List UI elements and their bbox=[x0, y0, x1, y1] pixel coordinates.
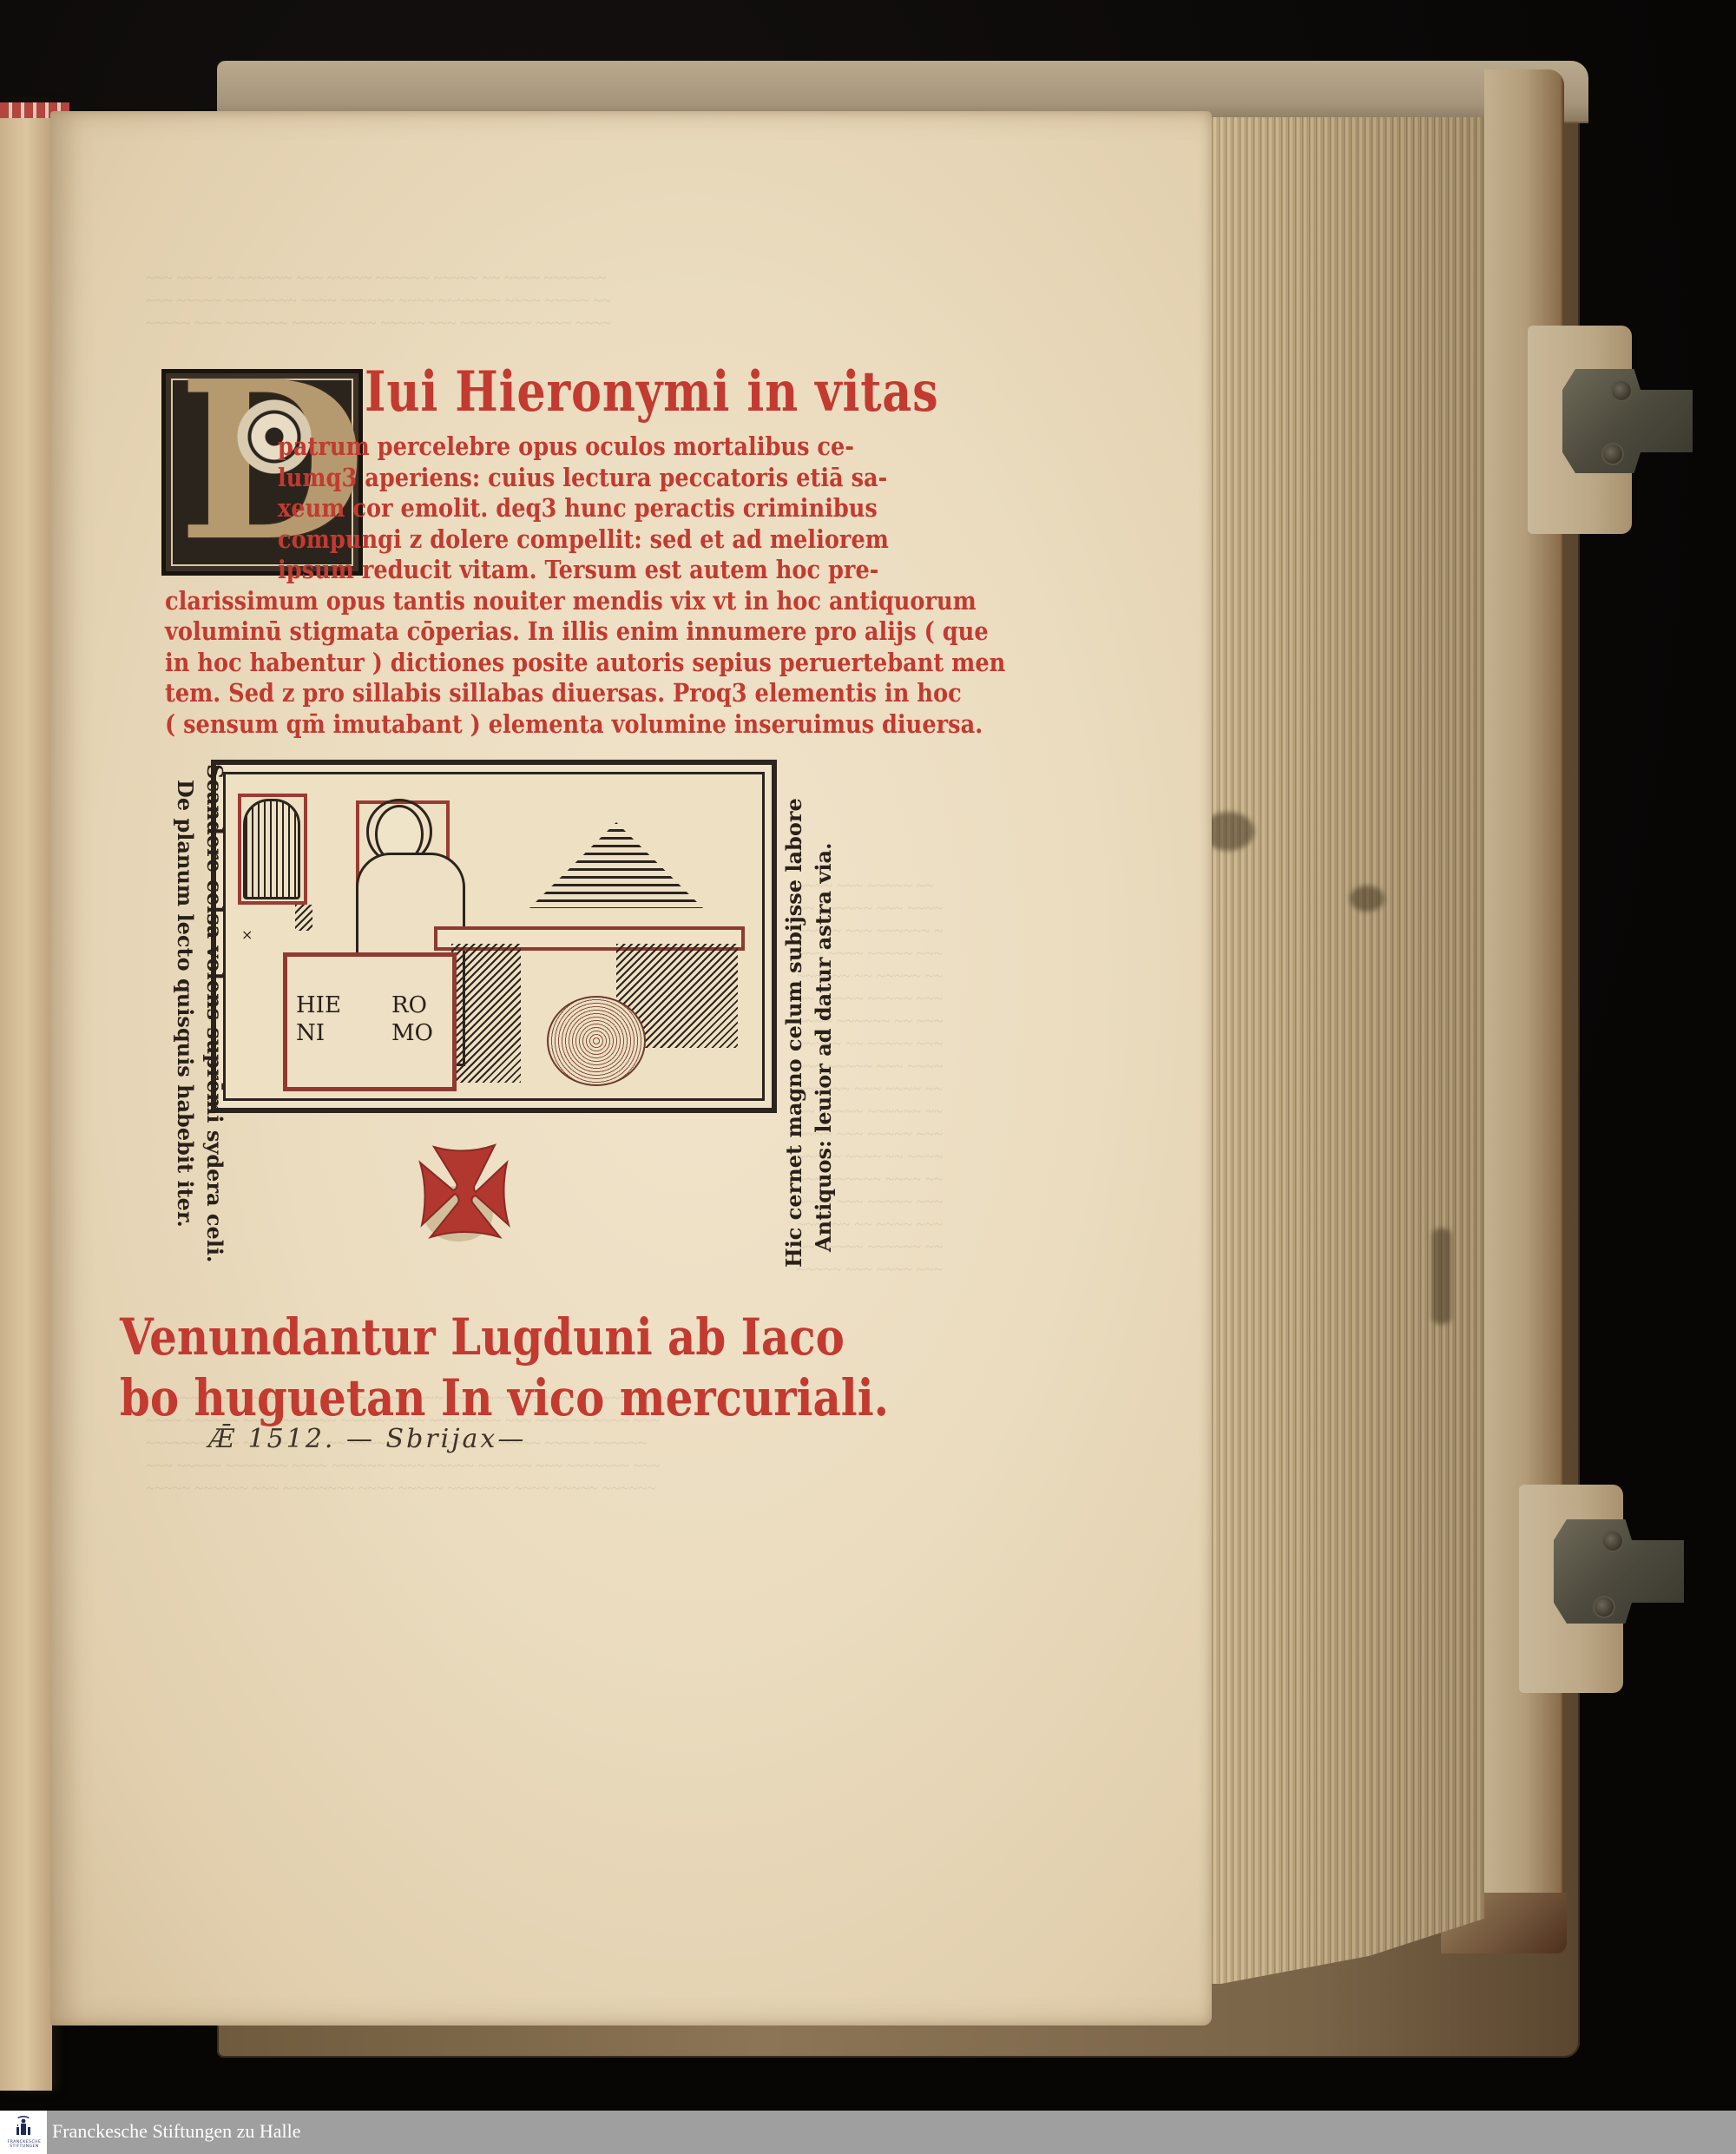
rivet-icon bbox=[1601, 443, 1624, 465]
hatching bbox=[451, 944, 521, 1083]
body-line: compungi z dolere compellit: sed et ad m… bbox=[278, 524, 887, 556]
label-line: MO bbox=[391, 1019, 433, 1047]
bleed-through-text: ~~~ ~~~~ ~~ ~~~~~~ ~~~ ~~~~~ ~~~~~~ ~~~~… bbox=[146, 267, 927, 363]
clasp-metal-plate bbox=[1562, 369, 1693, 473]
verse-line: Antiquos: leuior ad datur astra via. bbox=[809, 781, 838, 1268]
left-page-edge bbox=[0, 102, 52, 2091]
verse-line: Scandere celsa volens suprēmi sydera cel… bbox=[200, 764, 229, 1250]
logo-text-line: STIFTUNGEN bbox=[3, 2144, 46, 2149]
footer-title: Franckesche Stiftungen zu Halle bbox=[52, 2120, 301, 2143]
woodcut-saint-jerome: HIE NI RO MO × bbox=[211, 760, 777, 1113]
institution-logo[interactable]: FRANCKESCHE STIFTUNGEN bbox=[0, 2111, 47, 2154]
body-line: ( sensum qm̄ imutabant ) elementa volumi… bbox=[165, 709, 876, 741]
stain bbox=[1432, 1229, 1451, 1324]
verse-line: Hic cernet magno celum subijsse labore bbox=[779, 781, 809, 1268]
verse-right-vertical: Hic cernet magno celum subijsse labore A… bbox=[779, 781, 849, 1268]
body-line: ipsum reducit vitam. Tersum est autem ho… bbox=[278, 555, 887, 586]
label-line: RO bbox=[391, 991, 433, 1019]
footer-bar: FRANCKESCHE STIFTUNGEN Franckesche Stift… bbox=[0, 2111, 1736, 2154]
rivet-icon bbox=[1601, 1530, 1624, 1552]
title-body-text: patrum percelebre opus oculos mortalibus… bbox=[278, 431, 955, 740]
box-label-left: HIE NI bbox=[296, 991, 341, 1047]
hatching bbox=[295, 905, 312, 931]
label-line: NI bbox=[296, 1019, 341, 1047]
imprint-line: Venundantur Lugduni ab Iaco bbox=[120, 1307, 792, 1367]
body-line: xeum cor emolit. deq3 hunc peractis crim… bbox=[278, 493, 887, 524]
verse-line: De planum lecto quisquis habebit iter. bbox=[170, 764, 200, 1250]
body-line: tem. Sed z pro sillabis sillabas diuersa… bbox=[165, 678, 876, 709]
book-clasp-top bbox=[1528, 326, 1701, 534]
woodcut-frame: HIE NI RO MO × bbox=[223, 772, 765, 1101]
inscribed-desk-box: HIE NI RO MO bbox=[283, 952, 457, 1091]
imprint: Venundantur Lugduni ab Iaco bo huguetan … bbox=[120, 1307, 901, 1428]
verse-left-vertical: Scandere celsa volens suprēmi sydera cel… bbox=[160, 764, 229, 1250]
imprint-line: bo huguetan In vico mercuriali. bbox=[120, 1367, 792, 1428]
handwritten-note: Ǣ 1512. — Sbrijax— bbox=[208, 1424, 526, 1454]
rivet-icon bbox=[1593, 1596, 1615, 1618]
body-line: patrum percelebre opus oculos mortalibus… bbox=[278, 431, 887, 463]
cross-pattee-icon bbox=[415, 1140, 515, 1244]
logo-text: FRANCKESCHE STIFTUNGEN bbox=[3, 2140, 46, 2149]
label-line: HIE bbox=[296, 991, 341, 1019]
box-label-right: RO MO bbox=[391, 991, 433, 1047]
page-fore-edge bbox=[1198, 117, 1484, 1984]
lion-figure bbox=[547, 996, 646, 1086]
body-line: in hoc habentur ) dictiones posite autor… bbox=[165, 648, 876, 679]
rivet-icon bbox=[1610, 379, 1633, 402]
title-heading: Iui Hieronymi in vitas bbox=[365, 359, 849, 425]
book-lectern bbox=[529, 822, 703, 918]
body-line: lumq3 aperiens: cuius lectura peccatoris… bbox=[278, 463, 887, 494]
franckesche-logo-icon bbox=[16, 2114, 31, 2137]
body-line: voluminū stigmata cōperias. In illis eni… bbox=[165, 616, 876, 648]
window-frame bbox=[238, 794, 307, 905]
body-line: clarissimum opus tantis nouiter mendis v… bbox=[165, 586, 876, 617]
woodcut-mark: × bbox=[241, 926, 253, 943]
stain bbox=[1350, 886, 1384, 912]
book-clasp-bottom bbox=[1519, 1485, 1693, 1693]
clasp-metal-plate bbox=[1554, 1519, 1684, 1624]
